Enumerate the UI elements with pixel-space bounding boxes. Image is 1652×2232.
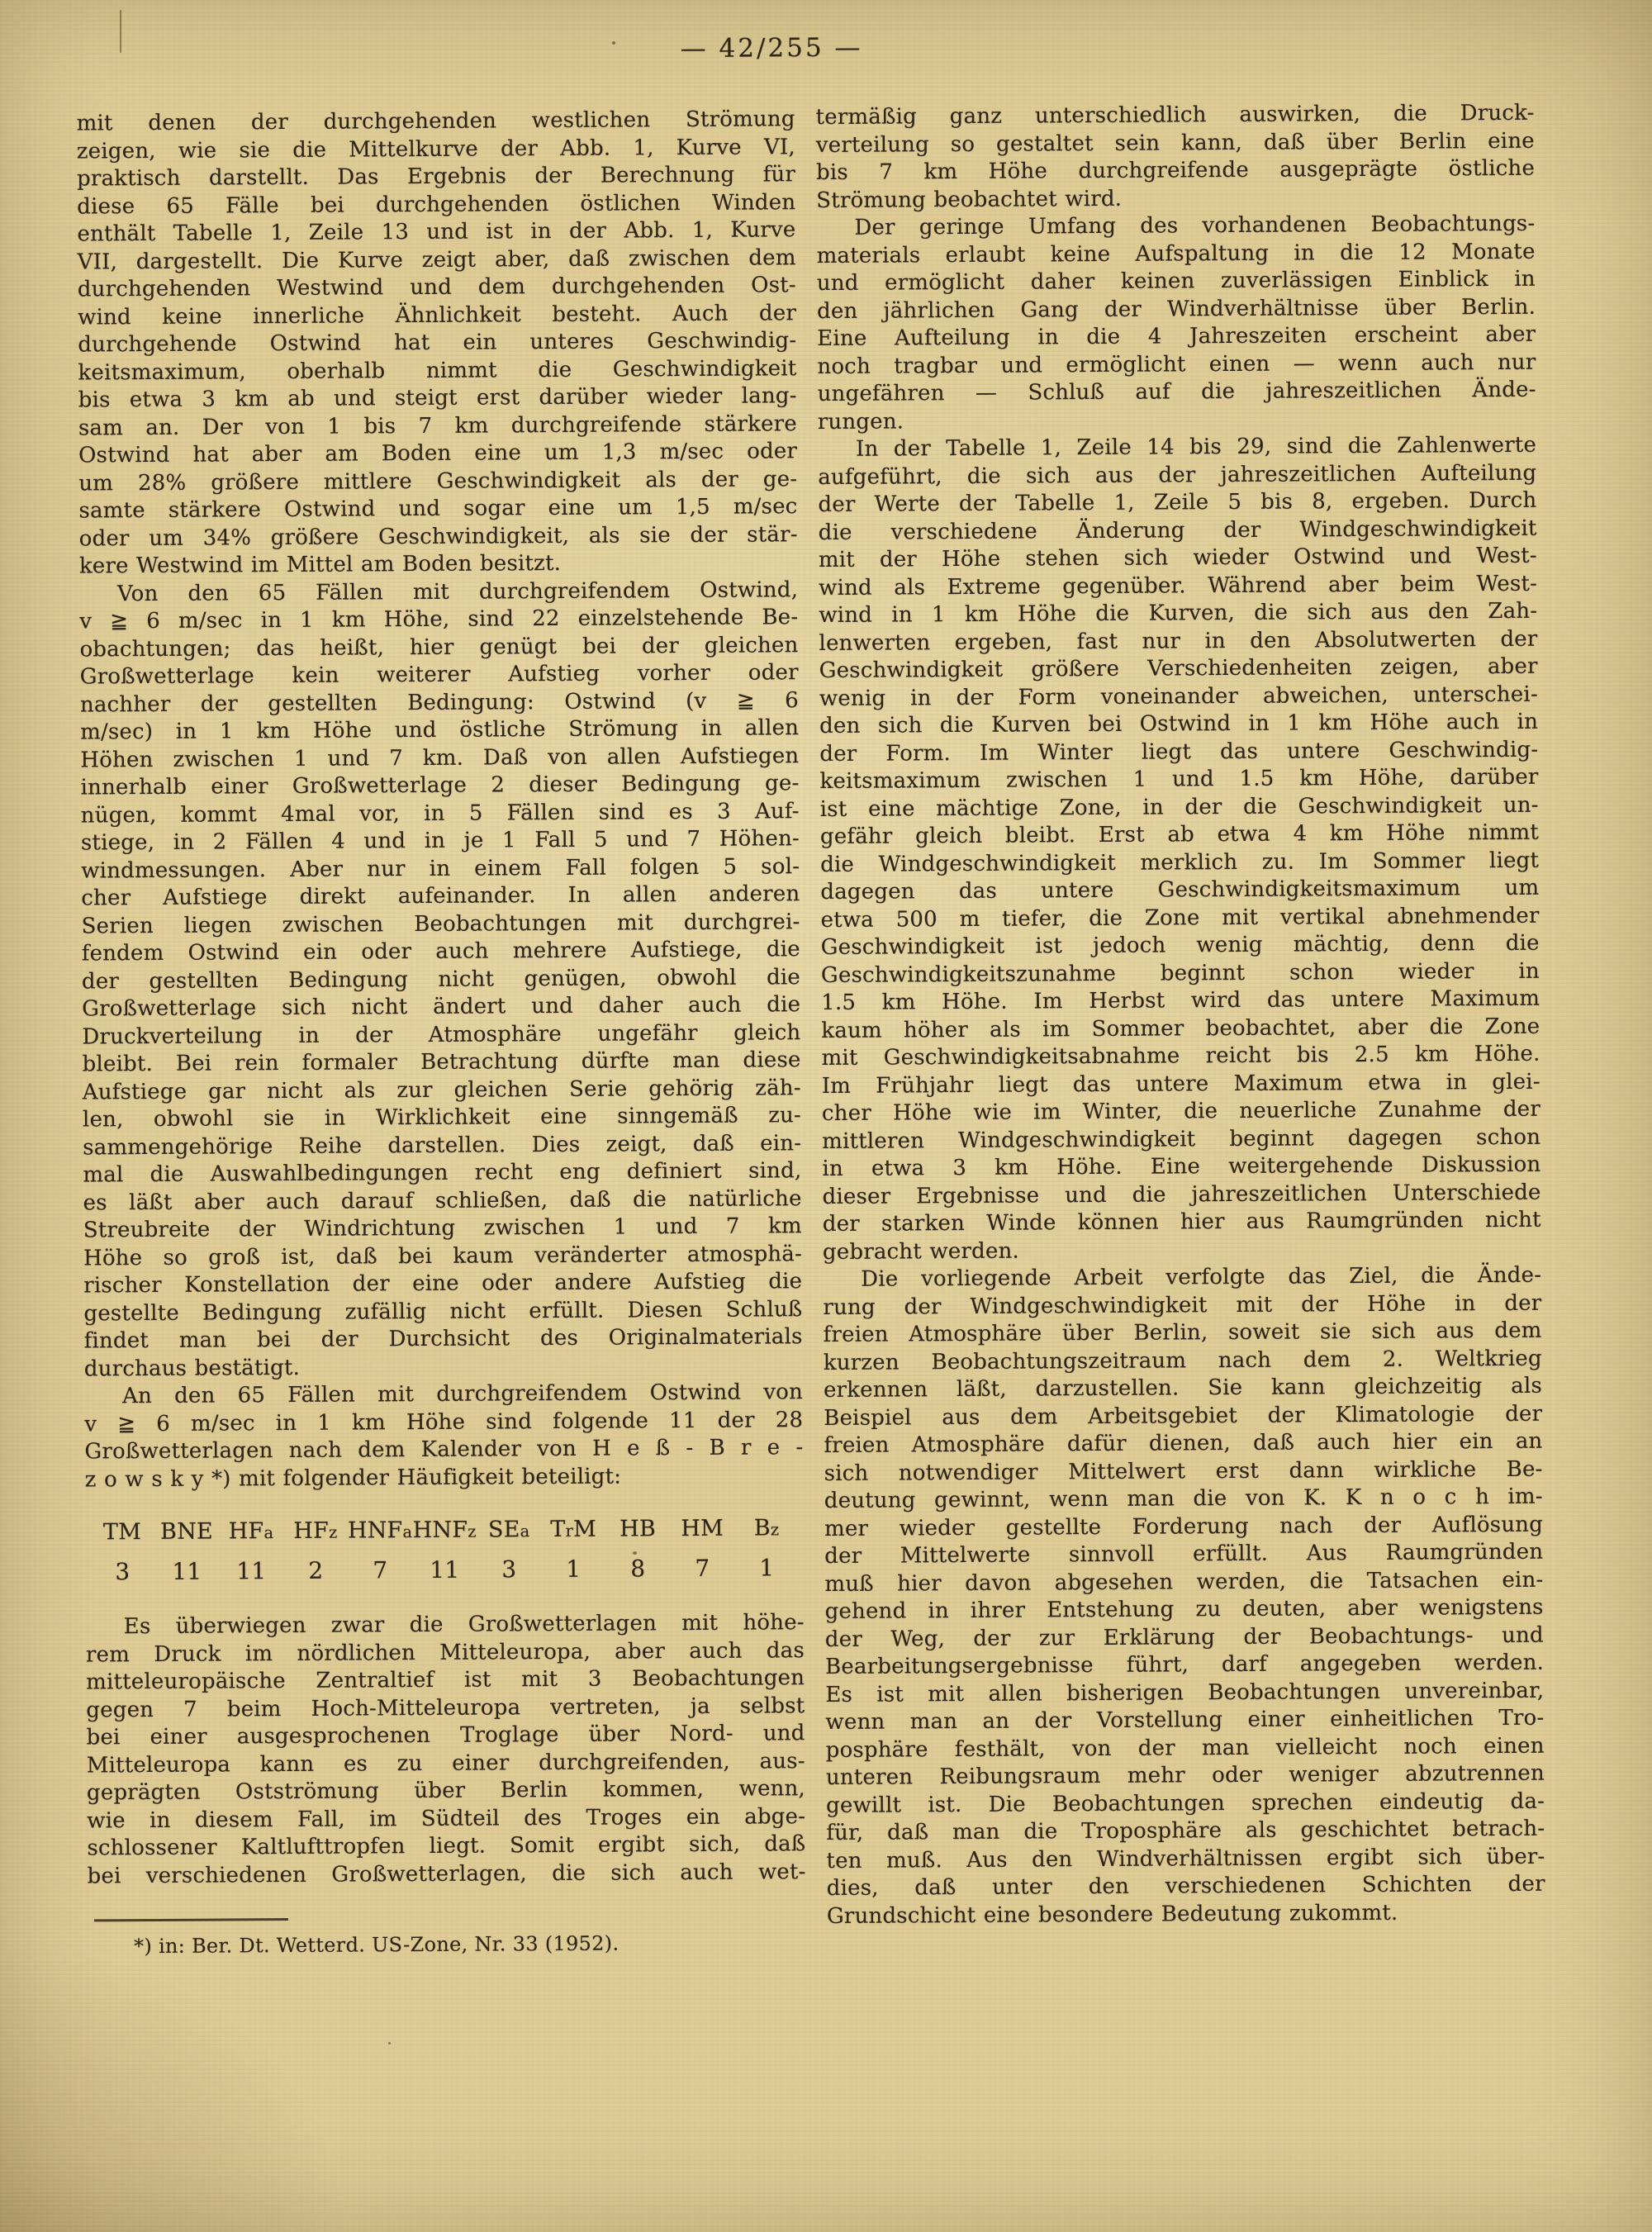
text-line: gehend in ihrer Entstehung zu deuten, ab…	[825, 1594, 1544, 1627]
text-line: gegen 7 beim Hoch-Mitteleuropa vertreten…	[86, 1693, 805, 1725]
text-line: bei einer ausgesprochenen Troglage über …	[86, 1720, 805, 1752]
text-line: Strömung beobachtet wird.	[816, 183, 1535, 215]
text-line: enthält Tabelle 1, Zeile 13 und ist in d…	[77, 216, 795, 249]
text-line: Serien liegen zwischen Beobachtungen mit…	[81, 909, 800, 941]
text-line: Druckverteilung in der Atmosphäre ungefä…	[82, 1019, 800, 1052]
text-line: rungen.	[818, 404, 1536, 436]
table-header-cell: HNFa	[348, 1517, 413, 1546]
text-line: Höhe so groß ist, daß bei kaum verändert…	[83, 1241, 802, 1273]
table-header-cell: HM	[670, 1515, 734, 1545]
paragraph: mit denen der durchgehenden westlichen S…	[77, 106, 798, 581]
table-value-cell: 1	[734, 1554, 799, 1582]
paragraph: Der geringe Umfang des vorhandenen Beoba…	[816, 211, 1536, 436]
text-line: Höhen zwischen 1 und 7 km. Daß von allen…	[80, 743, 799, 775]
table-value-row: 31111271131871	[90, 1554, 799, 1586]
text-line: Geschwindigkeitszunahme beginnt schon wi…	[821, 957, 1540, 990]
text-line: gestellte Bedingung zufällig nicht erfül…	[83, 1296, 802, 1328]
text-line: An den 65 Fällen mit durchgreifendem Ost…	[84, 1379, 803, 1411]
table-value-cell: 7	[670, 1554, 734, 1582]
text-line: erkennen läßt, darzustellen. Sie kann gl…	[824, 1373, 1542, 1405]
text-line: Im Frühjahr liegt das untere Maximum etw…	[822, 1068, 1540, 1100]
text-line: posphäre festhält, von der man vielleich…	[826, 1732, 1545, 1764]
footnote-text: *) in: Ber. Dt. Wetterd. US-Zone, Nr. 33…	[88, 1930, 806, 1958]
text-line: es läßt aber auch darauf schließen, daß …	[83, 1185, 802, 1218]
paragraph: An den 65 Fällen mit durchgreifendem Ost…	[84, 1379, 804, 1494]
text-line: innerhalb einer Großwetterlage 2 dieser …	[80, 770, 799, 802]
text-line: aufgeführt, die sich aus der jahreszeitl…	[818, 459, 1536, 492]
text-line: die Windgeschwindigkeit merklich zu. Im …	[820, 847, 1539, 879]
table-value-cell: 1	[541, 1555, 605, 1583]
text-line: sammengehörige Reihe darstellen. Dies ze…	[83, 1130, 801, 1162]
text-line: unteren Reibungsraum mehr oder weniger a…	[826, 1760, 1545, 1793]
text-line: Es ist mit allen bisherigen Beobachtunge…	[825, 1677, 1544, 1709]
text-line: 1.5 km Höhe. Im Herbst wird das untere M…	[821, 985, 1540, 1018]
text-line: Geschwindigkeit größere Verschiedenheite…	[819, 653, 1538, 686]
text-line: der Mittelwerte sinnvoll erfüllt. Aus Ra…	[824, 1539, 1543, 1571]
text-line: mit der Höhe stehen sich wieder Ostwind …	[819, 543, 1537, 575]
text-line: cher Aufstiege direkt aufeinander. In al…	[81, 881, 800, 913]
right-column: termäßig ganz unterschiedlich auswirken,…	[816, 100, 1545, 1930]
paragraph: Es überwiegen zwar die Großwetterlagen m…	[86, 1609, 806, 1890]
text-line: gefähr gleich bleibt. Erst ab etwa 4 km …	[820, 819, 1539, 852]
text-line: wind keine innerliche Ähnlichkeit besteh…	[78, 300, 796, 332]
text-line: Ostwind hat aber am Boden eine um 1,3 m/…	[78, 438, 797, 470]
text-line: keitsmaximum zwischen 1 und 1.5 km Höhe,…	[819, 764, 1538, 796]
text-line: mer wieder gestellte Forderung nach der …	[824, 1511, 1543, 1543]
text-line: Grundschicht eine besondere Bedeutung zu…	[827, 1898, 1545, 1930]
table-header-cell: SEa	[477, 1516, 541, 1546]
text-line: deutung gewinnt, wenn man die von K. K n…	[824, 1484, 1543, 1516]
text-line: Großwetterlagen nach dem Kalender von H …	[84, 1434, 803, 1466]
text-line: stiege, in 2 Fällen 4 und in je 1 Fall 5…	[81, 825, 800, 857]
text-line: um 28% größere mittlere Geschwindigkeit …	[78, 466, 797, 498]
table-value-cell: 2	[283, 1556, 348, 1584]
text-line: in etwa 3 km Höhe. Eine weitergehende Di…	[822, 1152, 1540, 1184]
text-line: kurzen Beobachtungszeitraum nach dem 2. …	[824, 1345, 1542, 1377]
text-line: mitteleuropäische Zentraltief ist mit 3 …	[86, 1665, 805, 1697]
text-line: windmessungen. Aber nur in einem Fall fo…	[81, 853, 800, 886]
table-header-cell: Bz	[734, 1514, 799, 1544]
text-line: freien Atmosphäre über Berlin, soweit si…	[824, 1318, 1542, 1350]
left-column: mit denen der durchgehenden westlichen S…	[77, 106, 806, 1890]
paper-speck	[388, 2042, 391, 2044]
text-line: ten muß. Aus den Windverhältnissen ergib…	[826, 1843, 1545, 1875]
text-line: durchgehende Ostwind hat ein unteres Ges…	[78, 327, 796, 359]
text-line: Bearbeitungsergebnisse führt, darf angeg…	[825, 1650, 1544, 1682]
text-line: etwa 500 m tiefer, die Zone mit vertikal…	[820, 902, 1539, 934]
text-line: materials erlaubt keine Aufspaltung in d…	[817, 238, 1536, 270]
text-line: bleibt. Bei rein formaler Betrachtung dü…	[83, 1047, 801, 1079]
text-line: freien Atmosphäre dafür dienen, daß auch…	[824, 1428, 1542, 1460]
text-line: Es überwiegen zwar die Großwetterlagen m…	[86, 1609, 805, 1641]
paragraph: Von den 65 Fällen mit durchgreifendem Os…	[79, 577, 803, 1384]
text-line: dies, daß unter den verschiedenen Schich…	[827, 1871, 1545, 1903]
text-line: durchaus bestätigt.	[84, 1351, 803, 1384]
text-line: v ≧ 6 m/sec in 1 km Höhe sind folgende 1…	[84, 1407, 803, 1439]
text-line: VII, dargestellt. Die Kurve zeigt aber, …	[78, 245, 796, 277]
text-line: kaum höher als im Sommer beobachtet, abe…	[821, 1013, 1540, 1045]
text-line: Eine Aufteilung in die 4 Jahreszeiten er…	[817, 321, 1536, 354]
text-line: geprägten Ostströmung über Berlin kommen…	[87, 1775, 805, 1807]
text-line: verteilung so gestaltet sein kann, daß ü…	[816, 127, 1535, 159]
paper-speck	[1230, 832, 1232, 834]
text-line: nachher der gestellten Bedingung: Ostwin…	[80, 687, 799, 719]
text-line: der starken Winde können hier aus Raumgr…	[823, 1207, 1541, 1239]
text-line: fendem Ostwind ein oder auch mehrere Auf…	[82, 936, 800, 968]
table-header-cell: BNE	[154, 1517, 219, 1547]
text-line: cher Höhe wie im Winter, die neuerliche …	[822, 1096, 1540, 1128]
scanned-page: — 42/255 — mit denen der durchgehenden w…	[0, 0, 1652, 2232]
text-line: Geschwindigkeit ist jedoch wenig mächtig…	[821, 930, 1540, 962]
text-line: mit Geschwindigkeitsabnahme reicht bis 2…	[821, 1041, 1540, 1073]
page-content: — 42/255 — mit denen der durchgehenden w…	[0, 0, 1652, 2232]
paragraph: termäßig ganz unterschiedlich auswirken,…	[816, 100, 1536, 215]
text-line: der Werte der Tabelle 1, Zeile 5 bis 8, …	[818, 487, 1536, 520]
text-line: mal die Auswahlbedingungen recht eng def…	[83, 1157, 801, 1190]
text-line: sam an. Der von 1 bis 7 km durchgreifend…	[78, 411, 797, 443]
table-value-cell: 3	[90, 1557, 154, 1585]
table-header-cell: HFa	[219, 1517, 283, 1547]
text-line: Mitteleuropa kann es zu einer durchgreif…	[87, 1748, 805, 1780]
text-line: Beispiel aus dem Arbeitsgebiet der Klima…	[824, 1400, 1542, 1432]
text-line: diese 65 Fälle bei durchgehenden östlich…	[77, 189, 795, 221]
text-line: wenn man an der Vorstellung einer einhei…	[825, 1705, 1544, 1737]
text-line: lenwerten ergeben, fast nur in den Absol…	[819, 625, 1537, 658]
text-line: und ermöglicht daher keinen zuverlässige…	[817, 266, 1536, 298]
paragraph: Die vorliegende Arbeit verfolgte das Zie…	[823, 1262, 1545, 1930]
text-line: rung der Windgeschwindigkeit mit der Höh…	[823, 1289, 1541, 1322]
text-line: findet man bei der Durchsicht des Origin…	[84, 1323, 803, 1356]
text-line: nügen, kommt 4mal vor, in 5 Fällen sind …	[81, 798, 800, 830]
text-line: keitsmaximum, oberhalb nimmt die Geschwi…	[78, 355, 796, 387]
table-header-cell: TrM	[541, 1516, 605, 1546]
text-line: sich notwendiger Mittelwert erst dann wi…	[824, 1456, 1543, 1488]
text-line: den jährlichen Gang der Windverhältnisse…	[817, 293, 1536, 325]
table-header-cell: HNFz	[412, 1517, 477, 1546]
text-line: zeigen, wie sie die Mittelkurve der Abb.…	[77, 134, 795, 166]
text-line: durchgehenden Westwind und dem durchgehe…	[78, 272, 796, 304]
text-line: praktisch darstellt. Das Ergebnis der Be…	[77, 161, 795, 193]
text-line: ist eine mächtige Zone, in der die Gesch…	[820, 791, 1539, 824]
text-line: Der geringe Umfang des vorhandenen Beoba…	[816, 211, 1535, 243]
text-line: ungefähren — Schluß auf die jahreszeitli…	[818, 377, 1536, 409]
text-line: schlossener Kaltlufttropfen liegt. Somit…	[87, 1831, 805, 1863]
text-line: mittleren Windgeschwindigkeit beginnt da…	[822, 1123, 1540, 1156]
text-line: rischer Konstellation der eine oder ande…	[83, 1268, 802, 1300]
text-line: gewillt ist. Die Beobachtungen sprechen …	[826, 1788, 1545, 1820]
paper-speck	[612, 41, 615, 45]
text-line: noch tragbar und ermöglicht einen — wenn…	[817, 349, 1536, 381]
text-line: Von den 65 Fällen mit durchgreifendem Os…	[79, 577, 798, 609]
text-line: rem Druck im nördlichen Mitteleuropa, ab…	[86, 1637, 805, 1669]
text-line: wie in diesem Fall, im Südteil des Troge…	[87, 1803, 805, 1835]
table-value-cell: 11	[154, 1557, 219, 1585]
table-value-cell: 3	[477, 1555, 541, 1584]
text-line: Die vorliegende Arbeit verfolgte das Zie…	[823, 1262, 1541, 1294]
table-header-row: TMBNEHFaHFzHNFaHNFzSEaTrMHBHMBz	[90, 1514, 799, 1548]
text-line: Streubreite der Windrichtung zwischen 1 …	[83, 1213, 802, 1245]
table-header-cell: HB	[605, 1515, 670, 1545]
table-value-cell: 11	[412, 1555, 477, 1584]
text-line: mit denen der durchgehenden westlichen S…	[77, 106, 795, 138]
footnote: *) in: Ber. Dt. Wetterd. US-Zone, Nr. 33…	[88, 1915, 806, 1958]
text-line: m/sec) in 1 km Höhe und östliche Strömun…	[80, 715, 799, 747]
text-line: muß hier davon abgesehen werden, die Tat…	[824, 1566, 1543, 1598]
table-value-cell: 11	[219, 1557, 283, 1585]
text-line: bis 7 km Höhe durchgreifende ausgeprägte…	[816, 155, 1535, 188]
text-line: wind in 1 km Höhe die Kurven, die sich a…	[819, 598, 1537, 630]
table-header-cell: TM	[90, 1518, 154, 1548]
text-line: den sich die Kurven bei Ostwind in 1 km …	[819, 709, 1538, 741]
text-line: dieser Ergebnisse und die jahreszeitlich…	[822, 1179, 1540, 1211]
table-header-cell: HFz	[283, 1517, 348, 1547]
text-line: dagegen das untere Geschwindigkeitsmaxim…	[820, 875, 1539, 907]
text-line: der gestellten Bedingung nicht genügen, …	[82, 964, 800, 996]
text-line: In der Tabelle 1, Zeile 14 bis 29, sind …	[818, 432, 1536, 464]
paragraph: In der Tabelle 1, Zeile 14 bis 29, sind …	[818, 432, 1541, 1266]
text-line: v ≧ 6 m/sec in 1 km Höhe, sind 22 einzel…	[79, 604, 798, 636]
text-line: für, daß man die Troposphäre als geschic…	[826, 1816, 1545, 1848]
text-line: oder um 34% größere Geschwindigkeit, als…	[79, 521, 798, 553]
text-line: Großwetterlage sich nicht ändert und dah…	[82, 991, 800, 1023]
page-number: — 42/255 —	[664, 33, 879, 64]
text-line: bei verschiedenen Großwetterlagen, die s…	[88, 1859, 806, 1891]
text-line: Aufstiege gar nicht als zur gleichen Ser…	[83, 1075, 801, 1107]
frequency-table: TMBNEHFaHFzHNFaHNFzSEaTrMHBHMBz311112711…	[90, 1514, 799, 1585]
text-line: bis etwa 3 km ab und steigt erst darüber…	[78, 382, 797, 415]
text-line: z o w s k y *) mit folgender Häufigkeit …	[85, 1462, 804, 1494]
text-line: len, obwohl sie in Wirklichkeit eine sin…	[83, 1102, 801, 1134]
text-line: kere Westwind im Mittel am Boden besitzt…	[79, 549, 798, 581]
text-line: die verschiedene Änderung der Windgeschw…	[819, 515, 1537, 547]
text-line: termäßig ganz unterschiedlich auswirken,…	[816, 100, 1535, 132]
table-value-cell: 8	[605, 1555, 670, 1583]
text-line: gebracht werden.	[823, 1234, 1541, 1266]
table-value-cell: 7	[348, 1556, 412, 1584]
text-line: der Weg, der zur Erklärung der Beobachtu…	[825, 1622, 1544, 1654]
paper-speck	[633, 1551, 637, 1555]
text-line: samte stärkere Ostwind und sogar eine um…	[78, 493, 797, 525]
text-line: Großwetterlage kein weiterer Aufstieg vo…	[80, 659, 799, 691]
text-line: obachtungen; das heißt, hier genügt bei …	[79, 632, 798, 664]
text-line: wenig in der Form voneinander abweichen,…	[819, 681, 1538, 713]
text-line: der Form. Im Winter liegt das untere Ges…	[819, 736, 1538, 768]
scan-crease-mark	[120, 10, 121, 53]
footnote-rule	[94, 1918, 288, 1921]
text-line: wind als Extreme gegenüber. Während aber…	[819, 570, 1537, 602]
